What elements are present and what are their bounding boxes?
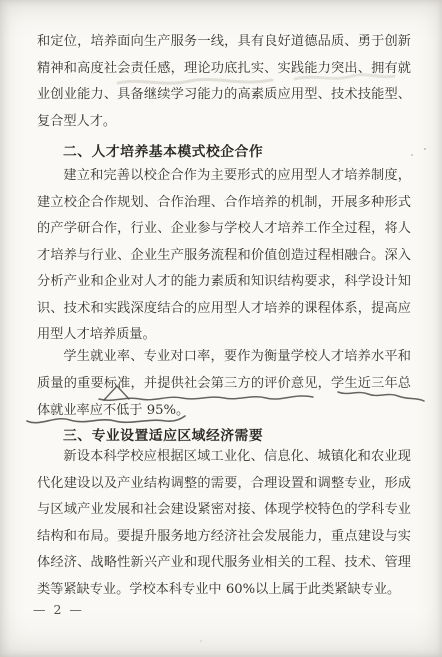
scan-speckle <box>411 154 413 156</box>
scan-speckle <box>200 640 202 642</box>
scan-speckle <box>424 148 426 150</box>
section-2-heading: 二、人才培养基本模式校企合作 <box>37 138 411 166</box>
section-2-paragraph-2: 学生就业率、专业对口率，要作为衡量学校人才培养水平和质量的重要标准，并提供社会第… <box>37 343 411 424</box>
page-number: — 2 — <box>33 602 84 617</box>
section-2-paragraph-1: 建立和完善以校企合作为主要形式的应用型人才培养制度，建立校企合作规划、合作治理、… <box>37 163 411 349</box>
section-3-paragraph: 新设本科学校应根据区域工业化、信息化、城镇化和农业现代化建设以及产业结构调整的需… <box>37 444 411 604</box>
scanned-document-page: 和定位，培养面向生产服务一线，具有良好道德品质、勇于创新精神和高度社会责任感，理… <box>0 0 442 657</box>
paragraph-continuation: 和定位，培养面向生产服务一线，具有良好道德品质、勇于创新精神和高度社会责任感，理… <box>37 29 411 135</box>
